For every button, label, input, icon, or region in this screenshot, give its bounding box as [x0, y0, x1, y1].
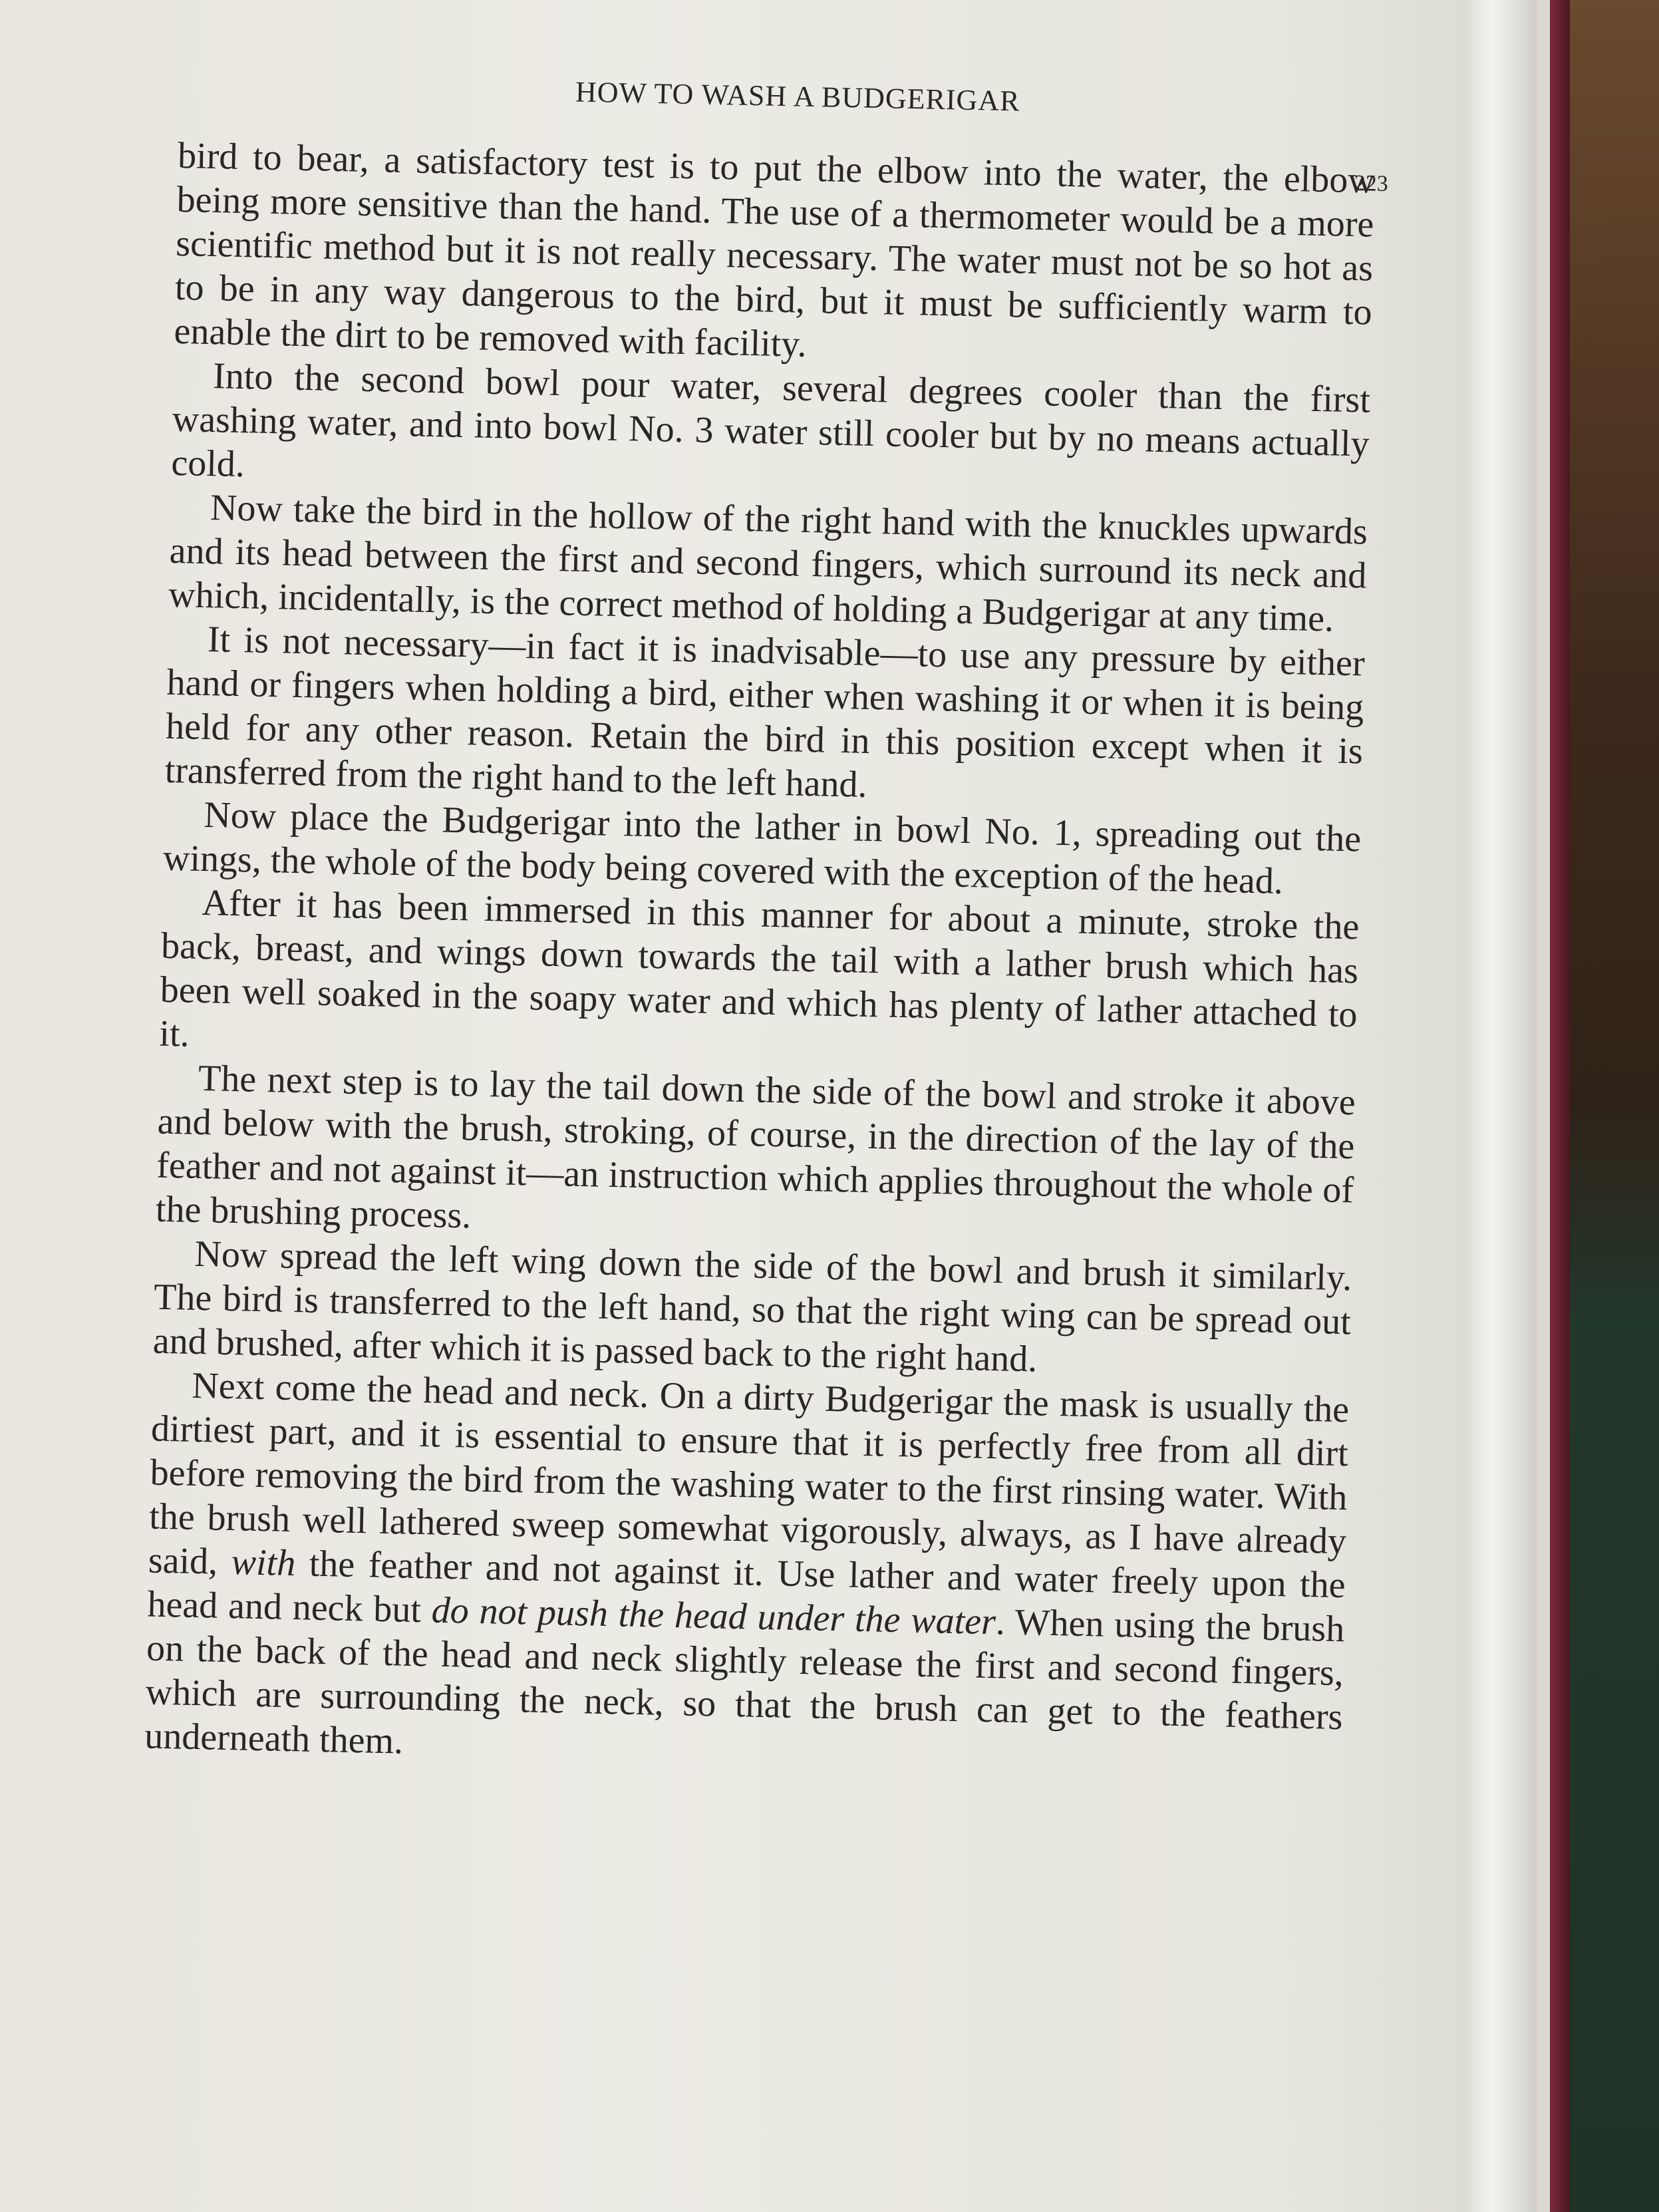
paragraph: Now spread the left wing down the side o…: [152, 1231, 1352, 1388]
page-content: HOW TO WASH A BUDGERIGAR 223 bird to bea…: [144, 67, 1377, 1783]
italic-emphasis: with: [231, 1541, 296, 1584]
paragraph: Now take the bird in the hollow of the r…: [168, 485, 1368, 642]
paragraph: Into the second bowl pour water, several…: [171, 353, 1371, 510]
paragraph: bird to bear, a satisfactory test is to …: [174, 134, 1376, 379]
paragraph: After it has been immersed in this manne…: [159, 880, 1360, 1081]
page-number: 223: [1354, 171, 1388, 197]
page-stack-edge: [1463, 0, 1537, 2212]
paragraph-last: Next come the head and neck. On a dirty …: [144, 1363, 1350, 1784]
paragraph: The next step is to lay the tail down th…: [155, 1056, 1356, 1257]
paragraph: It is not necessary—in fact it is inadvi…: [164, 617, 1365, 818]
